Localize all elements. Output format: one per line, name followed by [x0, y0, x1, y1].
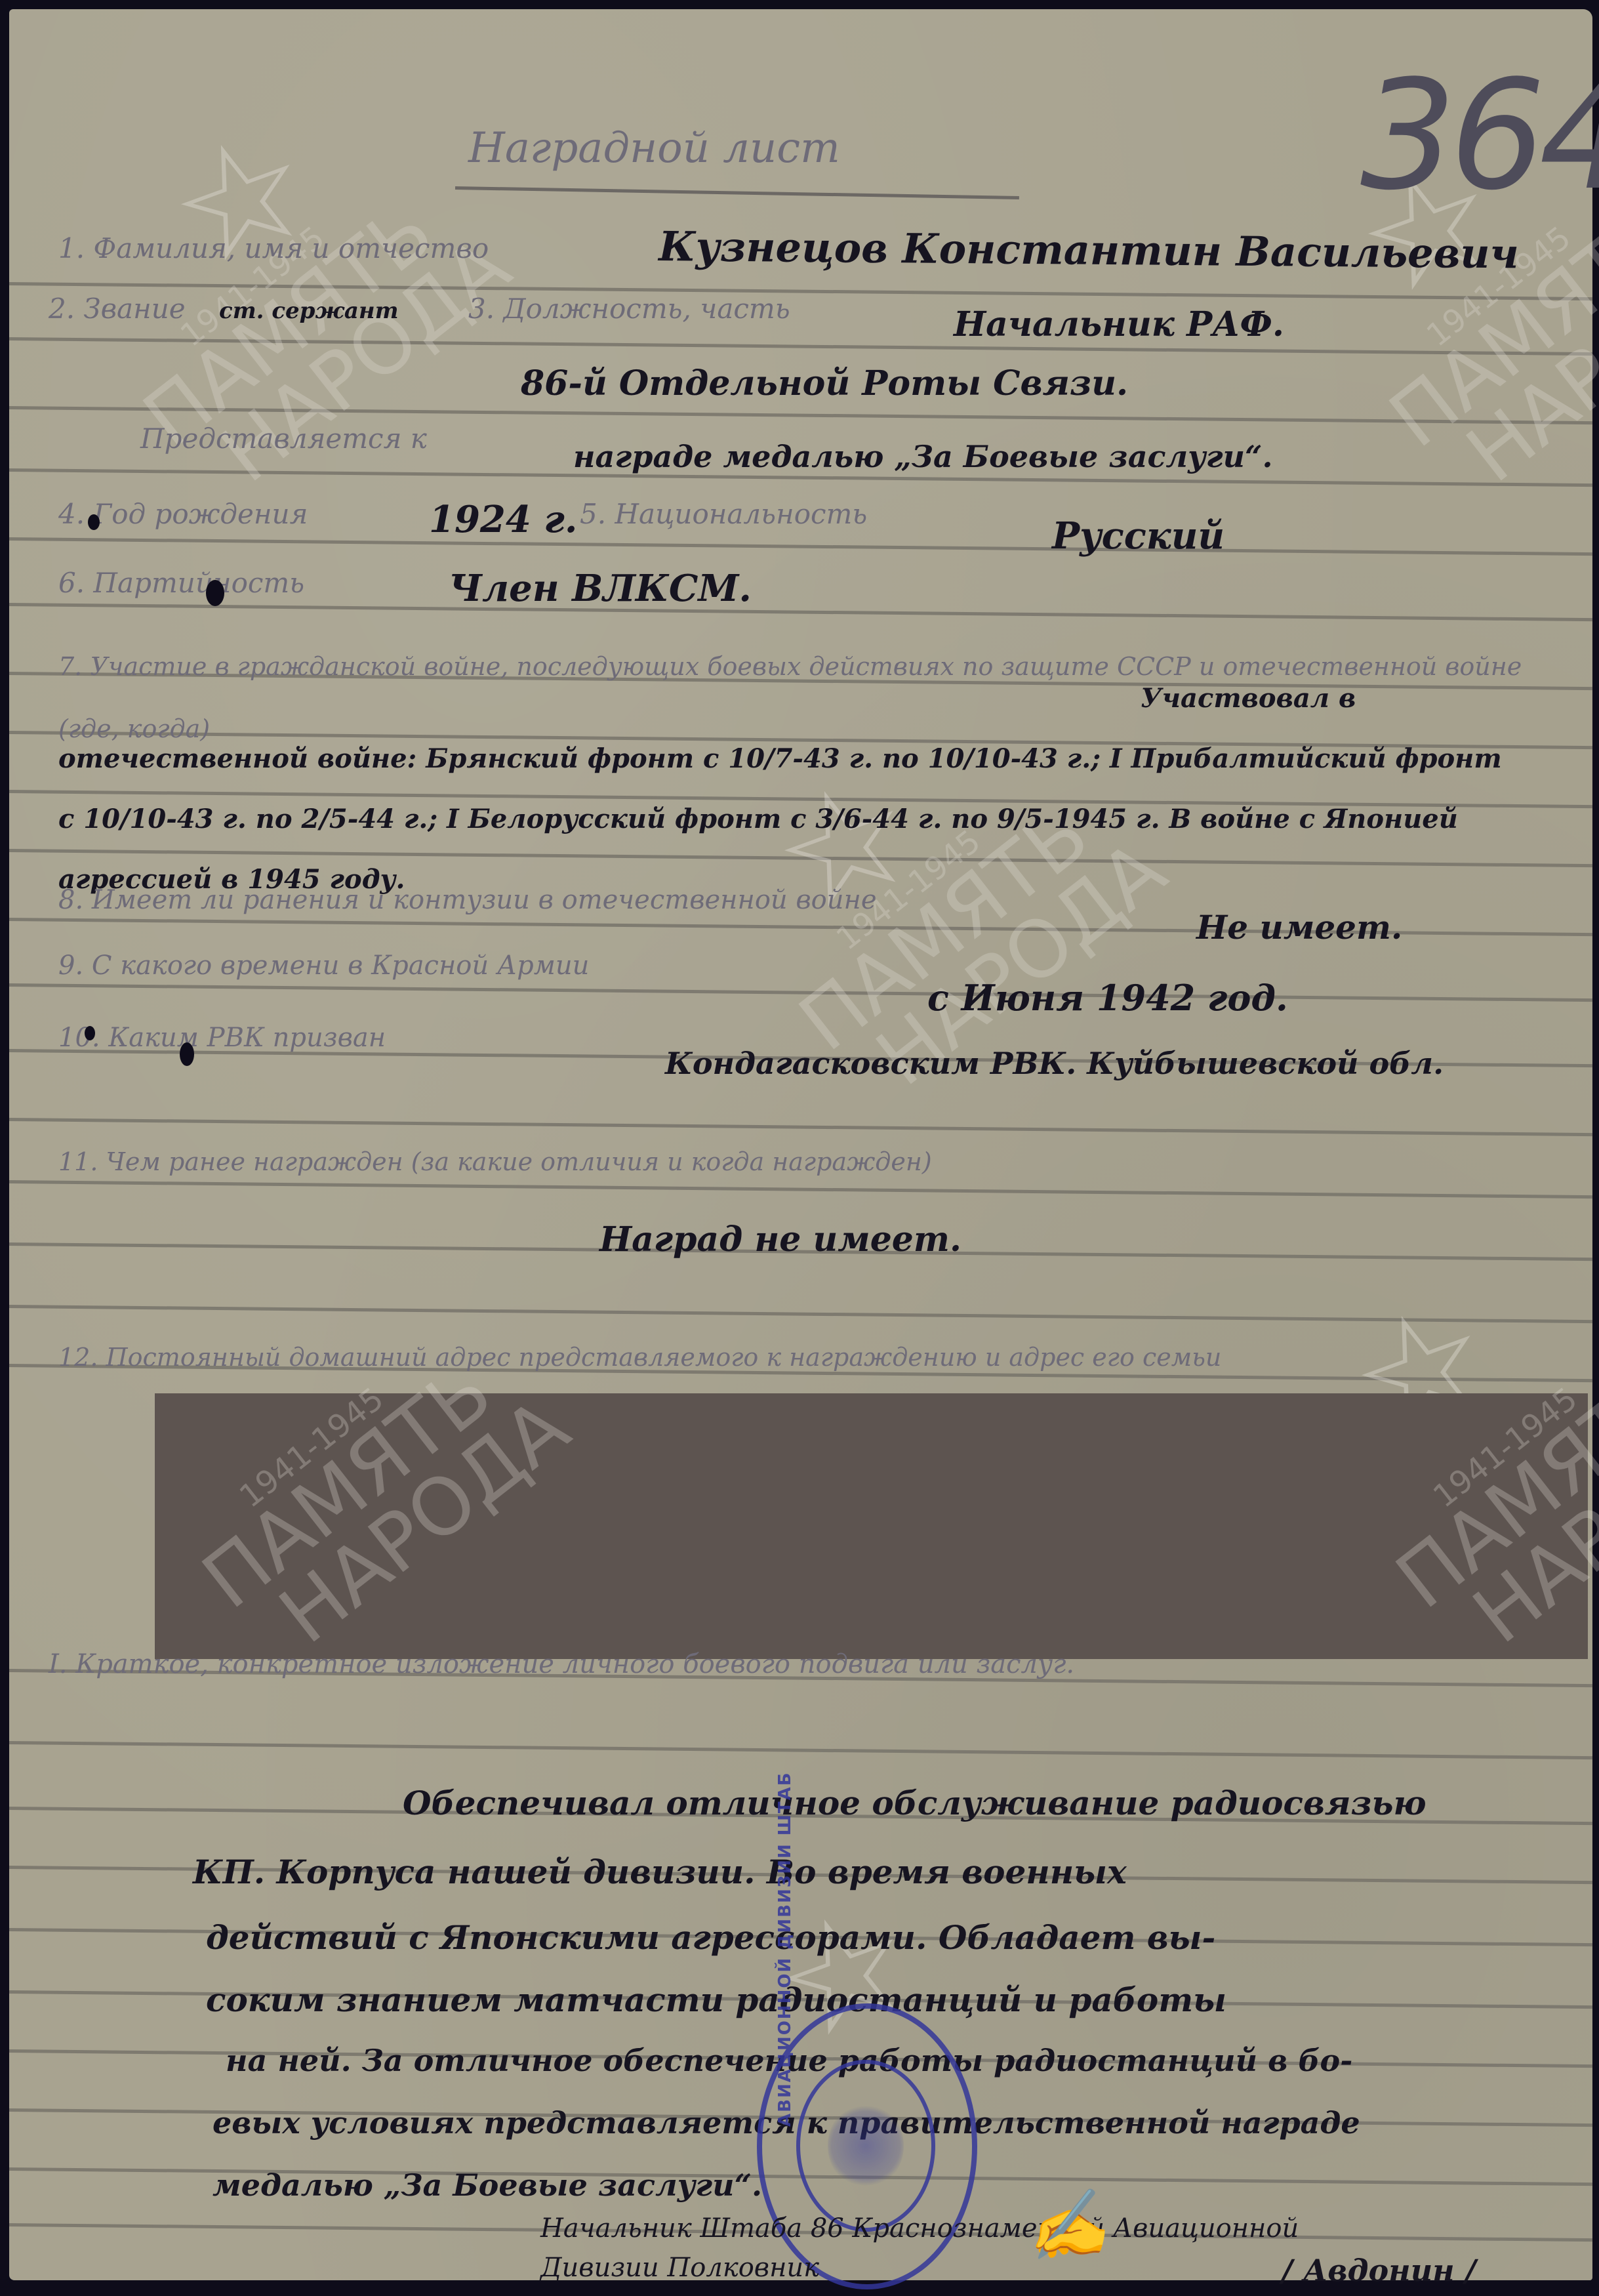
- field-label-nominated: Представляется к: [140, 422, 427, 455]
- field-label-rank: 2. Звание: [49, 293, 186, 325]
- punch-hole: [88, 514, 100, 530]
- field-label-nationality: 5. Национальность: [580, 498, 867, 530]
- signature-title-line1: Начальник Штаба 86 Краснознаменной Авиац…: [540, 2213, 1299, 2244]
- red-pencil-signature: ✍: [1022, 2183, 1111, 2268]
- section-header-feat-description: I. Краткое, конкретное изложение личного…: [49, 1649, 1074, 1679]
- narrative-line: Обеспечивал отличное обслуживание радиос…: [403, 1784, 1427, 1822]
- field-label-draft-office: 10. Каким РВК призван: [58, 1023, 386, 1053]
- field-label-wounds: 8. Имеет ли ранения и контузии в отечест…: [58, 885, 877, 915]
- field-value-draft-office: Кондагасковским РВК. Куйбышевской обл.: [665, 1046, 1444, 1081]
- field-value-name: Кузнецов Константин Васильевич: [658, 222, 1519, 277]
- punch-hole: [85, 1026, 95, 1040]
- field-value-wounds: Не имеет.: [1196, 908, 1402, 947]
- signature-title-line2: Дивизии Полковник: [540, 2253, 819, 2283]
- field-value-unit: 86-й Отдельной Роты Связи.: [521, 363, 1128, 403]
- field-value-combat-participation: Участвовал в отечественной войне: Брянск…: [58, 668, 1521, 910]
- field-label-service-start: 9. С какого времени в Красной Армии: [58, 951, 589, 981]
- field-value-birth-year: 1924 г.: [429, 498, 577, 541]
- ruled-line: [9, 1118, 1592, 1136]
- field-value-nationality: Русский: [1052, 514, 1225, 558]
- field-label-home-address: 12. Постоянный домашний адрес представля…: [58, 1331, 1567, 1384]
- narrative-line: соким знанием матчасти радиостанций и ра…: [206, 1980, 1226, 2019]
- field-value-party: Член ВЛКСМ.: [449, 567, 752, 610]
- seal-text: АВИАЦИОННОЙ ДИВИЗИИ ШТАБ: [775, 1771, 795, 2127]
- ruled-line: [9, 1180, 1592, 1199]
- ruled-line: [9, 1741, 1592, 1759]
- narrative-line: медалью „За Боевые заслуги“.: [213, 2167, 762, 2203]
- punch-hole: [180, 1042, 194, 1066]
- signature-name: / Авдонин /: [1282, 2253, 1476, 2288]
- field-value-previous-awards: Наград не имеет.: [599, 1220, 961, 1260]
- narrative-line: КП. Корпуса нашей дивизии. Во время воен…: [193, 1853, 1127, 1891]
- field-value-award: награде медалью „За Боевые заслуги“.: [573, 439, 1273, 474]
- ruled-line: [9, 537, 1592, 556]
- official-seal: АВИАЦИОННОЙ ДИВИЗИИ ШТАБ: [757, 2003, 977, 2289]
- document-title: Наградной лист: [468, 124, 840, 173]
- ruled-line: [9, 603, 1592, 621]
- field-value-service-start: с Июня 1942 год.: [927, 977, 1288, 1019]
- field-value-rank: ст. сержант: [219, 298, 399, 324]
- field-label-position: 3. Должность, часть: [468, 293, 790, 325]
- title-underline: [455, 186, 1019, 199]
- field-value-position: Начальник РАФ.: [954, 304, 1284, 344]
- field-label-previous-awards: 11. Чем ранее награжден (за какие отличи…: [58, 1147, 932, 1176]
- field-label-name: 1. Фамилия, имя и отчество: [58, 232, 489, 264]
- seal-inner-ring: [796, 2060, 935, 2232]
- narrative-line: действий с Японскими агрессорами. Облада…: [206, 1918, 1215, 1957]
- state-emblem-icon: [828, 2103, 904, 2188]
- archive-number: 364: [1360, 49, 1599, 224]
- punch-hole: [206, 580, 224, 606]
- award-sheet-page: ☆ ☆ ☆ ☆ ☆ 1941-1945 ПАМЯТЬ НАРОДА 1941-1…: [9, 9, 1592, 2280]
- field-label-party: 6. Партийность: [58, 567, 304, 599]
